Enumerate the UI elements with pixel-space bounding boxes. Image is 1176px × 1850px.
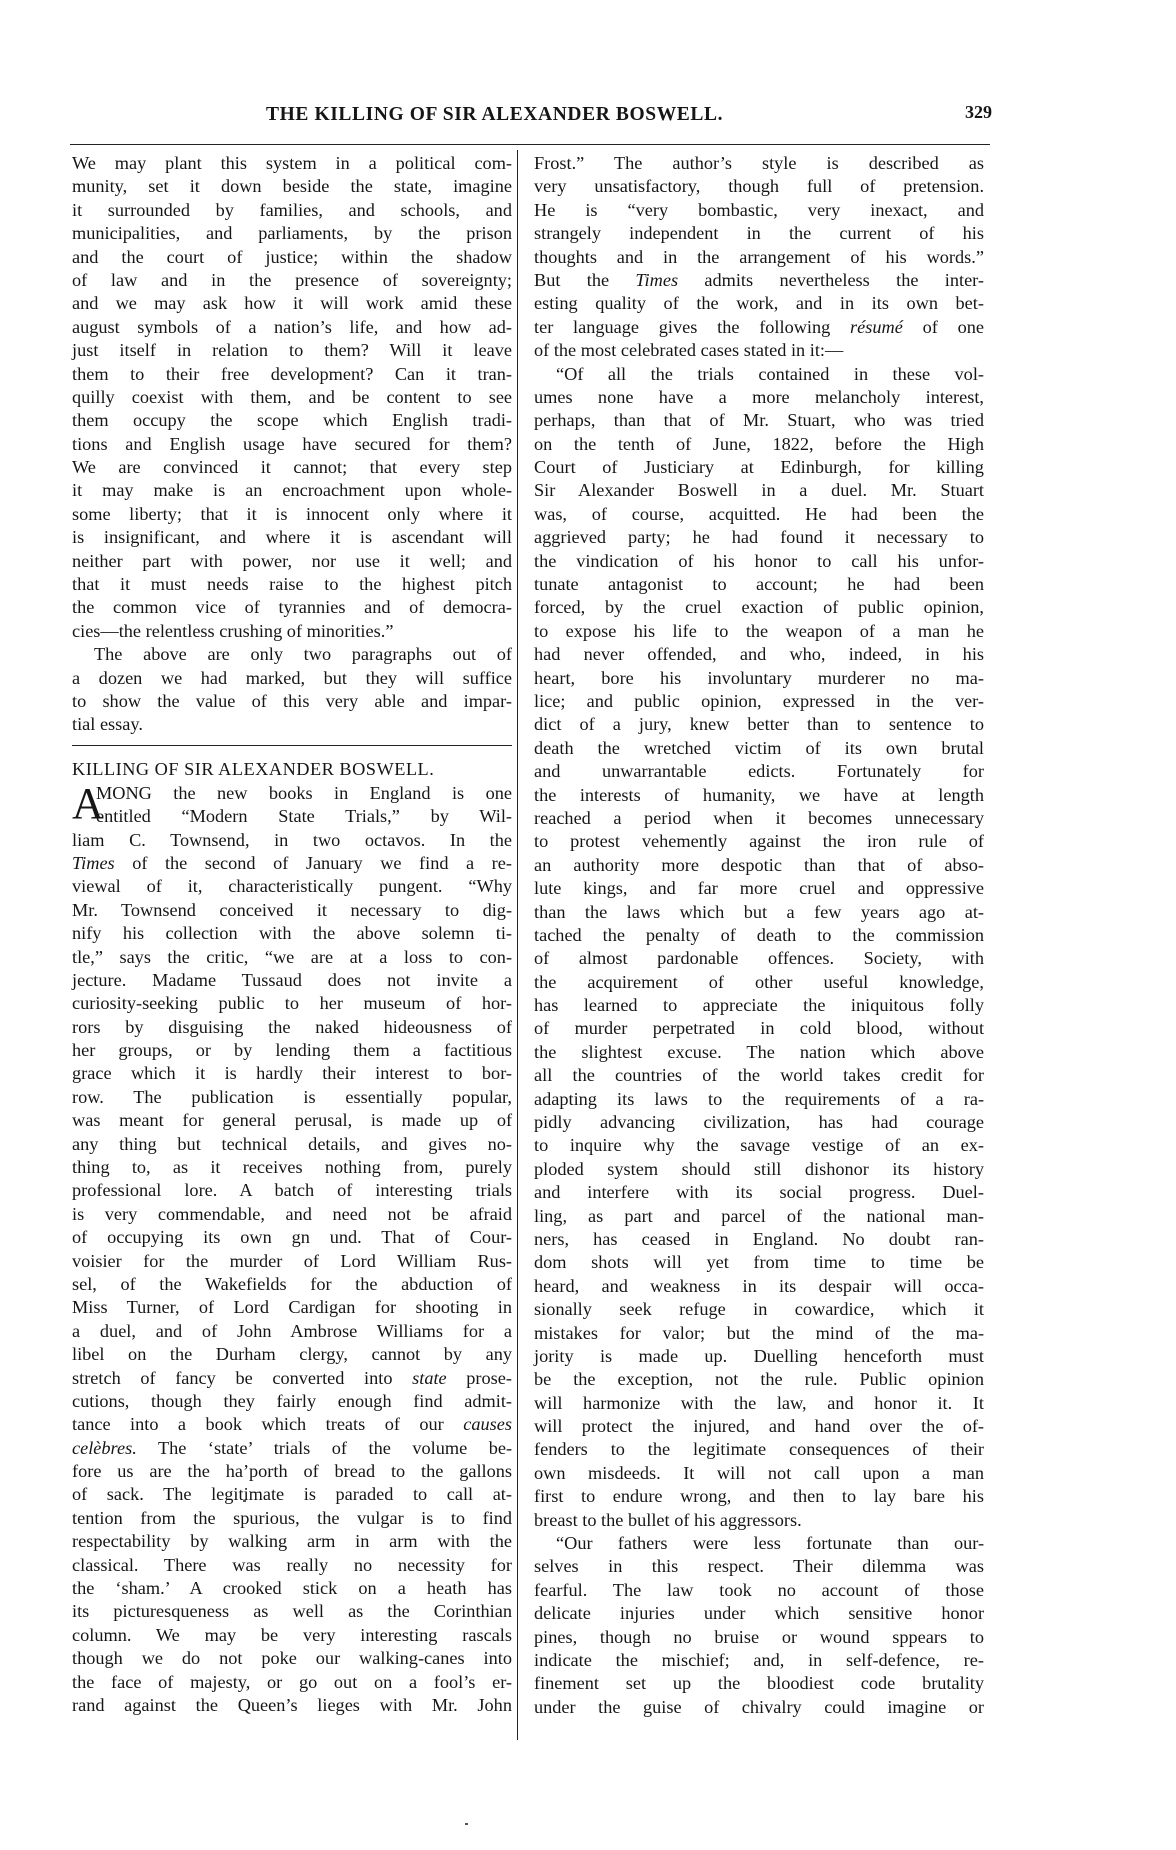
text-line: “Of all the trials contained in these vo…	[534, 363, 984, 386]
scan-speck	[243, 1500, 246, 1502]
text-line: and unwarrantable edicts. Fortunately fo…	[534, 760, 984, 783]
text-line: liam C. Townsend, in two octavos. In the	[72, 829, 512, 852]
text-line: of the most celebrated cases stated in i…	[534, 339, 984, 362]
text-line: tached the penalty of death to the commi…	[534, 924, 984, 947]
text-line: them to their free development? Can it t…	[72, 363, 512, 386]
text-line: selves in this respect. Their dilemma wa…	[534, 1555, 984, 1578]
text-line: of sack. The legitimate is paraded to ca…	[72, 1483, 512, 1506]
text-line: jority is made up. Duelling henceforth m…	[534, 1345, 984, 1368]
text-line: is very commendable, and need not be afr…	[72, 1203, 512, 1226]
text-line: the vindication of his honor to call his…	[534, 550, 984, 573]
text-line: first to endure wrong, and then to lay b…	[534, 1485, 984, 1508]
text-line: dom shots will yet from time to time be	[534, 1251, 984, 1274]
text-line: sel, of the Wakefields for the abduction…	[72, 1273, 512, 1296]
text-line: it surrounded by families, and schools, …	[72, 199, 512, 222]
text-line: them occupy the scope which English trad…	[72, 409, 512, 432]
text-line: to show the value of this very able and …	[72, 690, 512, 713]
text-line: quilly coexist with them, and be content…	[72, 386, 512, 409]
text-line: mistakes for valor; but the mind of the …	[534, 1322, 984, 1345]
text-line: strangely independent in the current of …	[534, 222, 984, 245]
text-line: reached a period when it becomes unneces…	[534, 807, 984, 830]
text-line: to inquire why the savage vestige of an …	[534, 1134, 984, 1157]
text-line: stretch of fancy be converted into state…	[72, 1367, 512, 1390]
text-line: celèbres. The ‘state’ trials of the volu…	[72, 1437, 512, 1460]
header-rule	[70, 144, 990, 145]
text-line: the ‘sham.’ A crooked stick on a heath h…	[72, 1577, 512, 1600]
article-first-line: A MONG the new books in England is one	[72, 782, 512, 805]
text-line: that it must needs raise to the highest …	[72, 573, 512, 596]
text-line: He is “very bombastic, very inexact, and	[534, 199, 984, 222]
text-line: ter language gives the following résumé …	[534, 316, 984, 339]
text-line: than the laws which but a few years ago …	[534, 901, 984, 924]
text-line: breast to the bullet of his aggressors.	[534, 1509, 984, 1532]
page-number: 329	[965, 102, 992, 123]
text-line: Frost.” The author’s style is described …	[534, 152, 984, 175]
text-line: “Our fathers were less fortunate than ou…	[534, 1532, 984, 1555]
text-line: neither part with power, nor use it well…	[72, 550, 512, 573]
text-line: libel on the Durham clergy, cannot by an…	[72, 1343, 512, 1366]
text-line: heard, and weakness in its despair will …	[534, 1275, 984, 1298]
text-line: and we may ask how it will work amid the…	[72, 292, 512, 315]
text-line: ling, as part and parcel of the national…	[534, 1205, 984, 1228]
text-line: tance into a book which treats of our ca…	[72, 1413, 512, 1436]
text-line: pidly advancing civilization, has had co…	[534, 1111, 984, 1134]
text-line: was meant for general perusal, is made u…	[72, 1109, 512, 1132]
text-line: professional lore. A batch of interestin…	[72, 1179, 512, 1202]
text-line: her groups, or by lending them a factiti…	[72, 1039, 512, 1062]
running-head: THE KILLING OF SIR ALEXANDER BOSWELL. 32…	[70, 102, 990, 132]
text-line: was, of course, acquitted. He had been t…	[534, 503, 984, 526]
text-line: classical. There was really no necessity…	[72, 1554, 512, 1577]
text-line: viewal of it, characteristically pungent…	[72, 875, 512, 898]
text-line: of murder perpetrated in cold blood, wit…	[534, 1017, 984, 1040]
text-line: to expose his life to the weapon of a ma…	[534, 620, 984, 643]
column-divider	[517, 150, 518, 1740]
text-line: lute kings, and far more cruel and oppre…	[534, 877, 984, 900]
paragraph-closing-remark: The above are only two paragraphs out of…	[72, 643, 512, 737]
text-line: dict of a jury, knew better than to sent…	[534, 713, 984, 736]
text-line: it may make is an encroachment upon whol…	[72, 479, 512, 502]
text-line: had never offended, and who, indeed, in …	[534, 643, 984, 666]
text-line: will protect the injured, and hand over …	[534, 1415, 984, 1438]
text-line: heart, bore his involuntary murderer no …	[534, 667, 984, 690]
text-line: delicate injuries under which sensitive …	[534, 1602, 984, 1625]
text-line: jecture. Madame Tussaud does not invite …	[72, 969, 512, 992]
text-line: fearful. The law took no account of thos…	[534, 1579, 984, 1602]
running-title: THE KILLING OF SIR ALEXANDER BOSWELL.	[266, 104, 723, 126]
text-line: cutions, though they fairly enough find …	[72, 1390, 512, 1413]
text-line: a dozen we had marked, but they will suf…	[72, 667, 512, 690]
text-line: tions and English usage have secured for…	[72, 433, 512, 456]
text-line: Miss Turner, of Lord Cardigan for shooti…	[72, 1296, 512, 1319]
text-line: and interfere with its social progress. …	[534, 1181, 984, 1204]
text-line: is insignificant, and where it is ascend…	[72, 526, 512, 549]
text-line: its picturesqueness as well as the Corin…	[72, 1600, 512, 1623]
text-line: ners, has ceased in England. No doubt ra…	[534, 1228, 984, 1251]
text-line: august symbols of a nation’s life, and h…	[72, 316, 512, 339]
article-second-line: entitled “Modern State Trials,” by Wil-	[72, 805, 512, 828]
text-line: very unsatisfactory, though full of pret…	[534, 175, 984, 198]
text-line: has learned to appreciate the iniquitous…	[534, 994, 984, 1017]
section-heading: KILLING OF SIR ALEXANDER BOSWELL.	[72, 758, 512, 782]
paragraph-quote-trials: “Of all the trials contained in these vo…	[534, 363, 984, 1533]
text-line: municipalities, and parliaments, by the …	[72, 222, 512, 245]
text-line: the common vice of tyrannies and of demo…	[72, 596, 512, 619]
text-line: though we do not poke our walking-canes …	[72, 1647, 512, 1670]
article-opening: A MONG the new books in England is one e…	[72, 782, 512, 1718]
paragraph-quote-fathers: “Our fathers were less fortunate than ou…	[534, 1532, 984, 1719]
scan-speck	[465, 1823, 468, 1825]
article-body: liam C. Townsend, in two octavos. In the…	[72, 829, 512, 1718]
text-line: fenders to the legitimate consequences o…	[534, 1438, 984, 1461]
text-line: rors by disguising the naked hideousness…	[72, 1016, 512, 1039]
text-line: forced, by the cruel exaction of public …	[534, 596, 984, 619]
text-line: cies—the relentless crushing of minoriti…	[72, 620, 512, 643]
paragraph-continued: We may plant this system in a political …	[72, 152, 512, 643]
text-line: finement set up the bloodiest code bruta…	[534, 1672, 984, 1695]
text-line: tle,” says the critic, “we are at a loss…	[72, 946, 512, 969]
text-line: any thing but technical details, and giv…	[72, 1133, 512, 1156]
text-line: munity, set it down beside the state, im…	[72, 175, 512, 198]
text-line: tunate antagonist to account; he had bee…	[534, 573, 984, 596]
text-line: voisier for the murder of Lord William R…	[72, 1250, 512, 1273]
text-line: Court of Justiciary at Edinburgh, for ki…	[534, 456, 984, 479]
text-line: column. We may be very interesting rasca…	[72, 1624, 512, 1647]
text-line: pines, though no bruise or wound sppears…	[534, 1626, 984, 1649]
text-line: on the tenth of June, 1822, before the H…	[534, 433, 984, 456]
text-line: We may plant this system in a political …	[72, 152, 512, 175]
text-line: lice; and public opinion, expressed in t…	[534, 690, 984, 713]
text-line: row. The publication is essentially popu…	[72, 1086, 512, 1109]
paragraph-frost: Frost.” The author’s style is described …	[534, 152, 984, 363]
text-line: esting quality of the work, and in its o…	[534, 292, 984, 315]
text-line: the slightest excuse. The nation which a…	[534, 1041, 984, 1064]
text-line: death the wretched victim of its own bru…	[534, 737, 984, 760]
text-line: rand against the Queen’s lieges with Mr.…	[72, 1694, 512, 1717]
text-line: fore us are the ha’porth of bread to the…	[72, 1460, 512, 1483]
text-line: sionally seek refuge in cowardice, which…	[534, 1298, 984, 1321]
text-line: the face of majesty, or go out on a fool…	[72, 1671, 512, 1694]
text-line: tention from the spurious, the vulgar is…	[72, 1507, 512, 1530]
text-line: an authority more despotic than that of …	[534, 854, 984, 877]
text-line: ploded system should still dishonor its …	[534, 1158, 984, 1181]
text-line: But the Times admits nevertheless the in…	[534, 269, 984, 292]
text-line: be the exception, not the rule. Public o…	[534, 1368, 984, 1391]
text-line: of almost pardonable offences. Society, …	[534, 947, 984, 970]
left-column: We may plant this system in a political …	[72, 152, 512, 1717]
text-line: the acquirement of other useful knowledg…	[534, 971, 984, 994]
text-line: to protest vehemently against the iron r…	[534, 830, 984, 853]
text-line: aggrieved party; he had found it necessa…	[534, 526, 984, 549]
section-divider	[72, 745, 512, 746]
text-line: Sir Alexander Boswell in a duel. Mr. Stu…	[534, 479, 984, 502]
text-line: of occupying its own gn und. That of Cou…	[72, 1226, 512, 1249]
text-line: the interests of humanity, we have at le…	[534, 784, 984, 807]
text-line: and the court of justice; within the sha…	[72, 246, 512, 269]
text-line: We are convinced it cannot; that every s…	[72, 456, 512, 479]
text-line: perhaps, than that of Mr. Stuart, who wa…	[534, 409, 984, 432]
text-line: Times of the second of January we find a…	[72, 852, 512, 875]
text-line: thing to, as it receives nothing from, p…	[72, 1156, 512, 1179]
text-line: nify his collection with the above solem…	[72, 922, 512, 945]
text-line: curiosity-seeking public to her museum o…	[72, 992, 512, 1015]
text-line: will harmonize with the law, and honor i…	[534, 1392, 984, 1415]
text-line: of law and in the presence of sovereignt…	[72, 269, 512, 292]
text-line: grace which it is hardly their interest …	[72, 1062, 512, 1085]
document-page: THE KILLING OF SIR ALEXANDER BOSWELL. 32…	[0, 0, 1176, 1850]
text-line: own misdeeds. It will not call upon a ma…	[534, 1462, 984, 1485]
right-column: Frost.” The author’s style is described …	[534, 152, 984, 1719]
text-line: a duel, and of John Ambrose Williams for…	[72, 1320, 512, 1343]
text-line: Mr. Townsend conceived it necessary to d…	[72, 899, 512, 922]
text-line: some liberty; that it is innocent only w…	[72, 503, 512, 526]
text-line: thoughts and in the arrangement of his w…	[534, 246, 984, 269]
text-line: all the countries of the world takes cre…	[534, 1064, 984, 1087]
text-line: just itself in relation to them? Will it…	[72, 339, 512, 362]
text-line: The above are only two paragraphs out of	[72, 643, 512, 666]
text-line: tial essay.	[72, 713, 512, 736]
text-line: adapting its laws to the requirements of…	[534, 1088, 984, 1111]
text-line: under the guise of chivalry could imagin…	[534, 1696, 984, 1719]
text-line: respectability by walking arm in arm wit…	[72, 1530, 512, 1553]
text-line: umes none have a more melancholy interes…	[534, 386, 984, 409]
text-line: indicate the mischief; and, in self-defe…	[534, 1649, 984, 1672]
drop-cap: A	[72, 782, 104, 826]
